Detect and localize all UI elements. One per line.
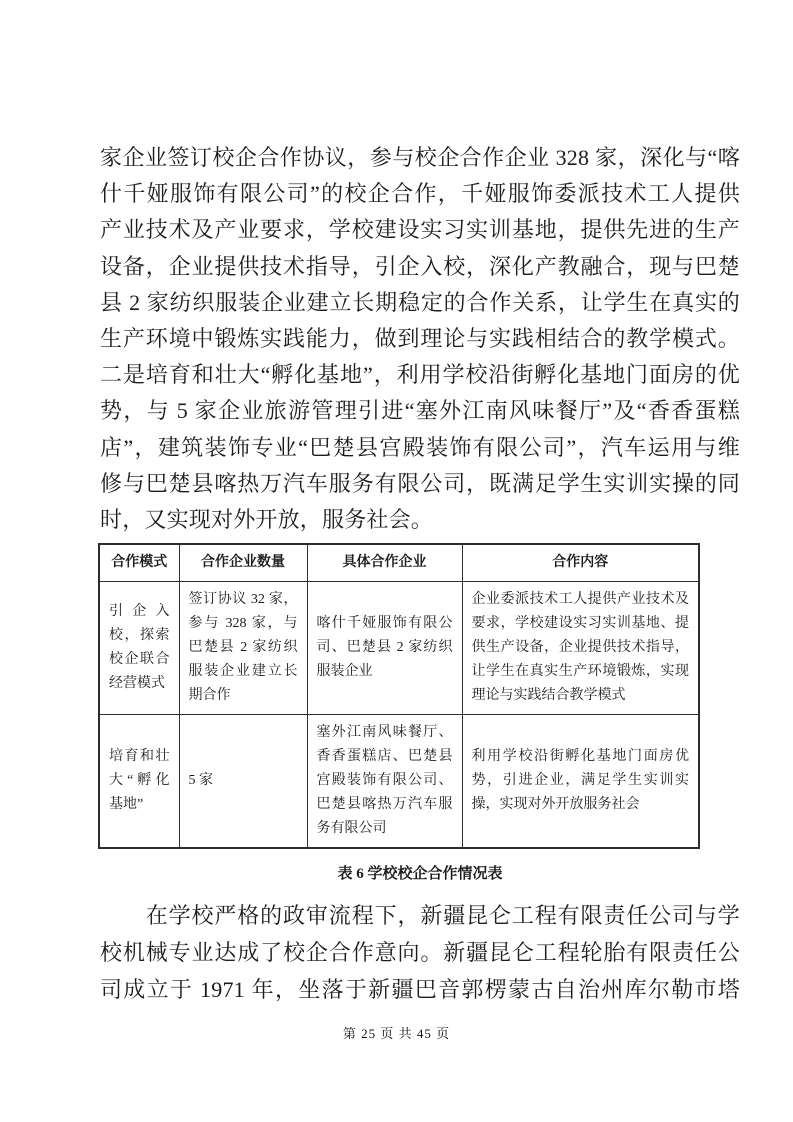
cooperation-table: 合作模式合作企业数量具体合作企业合作内容 引企入校，探索校企联合经营模式签订协议… (98, 543, 700, 849)
column-header: 合作企业数量 (179, 544, 307, 582)
body-text-line: 县 2 家纺织服装企业建立长期稳定的合作关系，让学生在真实的 (100, 285, 740, 321)
table-header-row: 合作模式合作企业数量具体合作企业合作内容 (99, 544, 699, 582)
body-text-line: 校机械专业达成了校企合作意向。新疆昆仑工程轮胎有限责任公 (100, 934, 740, 971)
table-row: 引企入校，探索校企联合经营模式签订协议 32 家，参与 328 家，与巴楚县 2… (99, 582, 699, 715)
body-text-line: 设备，企业提供技术指导，引企入校，深化产教融合，现与巴楚 (100, 249, 740, 285)
page-content: 家企业签订校企合作协议，参与校企合作企业 328 家，深化与“喀什千娅服饰有限公… (100, 140, 740, 1008)
table-row: 培育和壮大“孵化基地”5 家塞外江南风味餐厅、香香蛋糕店、巴楚县宫殿装饰有限公司… (99, 715, 699, 849)
body-paragraph-1: 家企业签订校企合作协议，参与校企合作企业 328 家，深化与“喀什千娅服饰有限公… (100, 140, 740, 538)
table-cell: 引企入校，探索校企联合经营模式 (99, 582, 179, 715)
column-header: 合作模式 (99, 544, 179, 582)
body-text-line: 家企业签订校企合作协议，参与校企合作企业 328 家，深化与“喀 (100, 140, 740, 176)
body-text-line: 生产环境中锻炼实践能力，做到理论与实践相结合的教学模式。 (100, 321, 740, 357)
table-cell: 签订协议 32 家，参与 328 家，与巴楚县 2 家纺织服装企业建立长期合作 (179, 582, 307, 715)
body-text-line: 二是培育和壮大“孵化基地”，利用学校沿街孵化基地门面房的优 (100, 357, 740, 393)
table-body: 引企入校，探索校企联合经营模式签订协议 32 家，参与 328 家，与巴楚县 2… (99, 582, 699, 849)
table-cell: 喀什千娅服饰有限公司、巴楚县 2 家纺织服装企业 (307, 582, 462, 715)
body-text-line: 司成立于 1971 年，坐落于新疆巴音郭楞蒙古自治州库尔勒市塔 (100, 971, 740, 1008)
table-cell: 塞外江南风味餐厅、香香蛋糕店、巴楚县宫殿装饰有限公司、巴楚县喀热万汽车服务有限公… (307, 715, 462, 849)
column-header: 合作内容 (462, 544, 699, 582)
table-cell: 企业委派技术工人提供产业技术及要求，学校建设实习实训基地、提供生产设备，企业提供… (462, 582, 699, 715)
table-caption: 表 6 学校校企合作情况表 (100, 863, 740, 885)
table-cell: 利用学校沿街孵化基地门面房优势，引进企业，满足学生实训实操，实现对外开放服务社会 (462, 715, 699, 849)
table-cell: 5 家 (179, 715, 307, 849)
body-text-line: 势，与 5 家企业旅游管理引进“塞外江南风味餐厅”及“香香蛋糕 (100, 393, 740, 429)
body-text-line: 在学校严格的政审流程下，新疆昆仑工程有限责任公司与学 (100, 897, 740, 934)
body-text-line: 时，又实现对外开放，服务社会。 (100, 502, 740, 538)
table-header-row: 合作模式合作企业数量具体合作企业合作内容 (99, 544, 699, 582)
body-text-line: 产业技术及产业要求，学校建设实习实训基地，提供先进的生产 (100, 212, 740, 248)
body-text-line: 店”，建筑装饰专业“巴楚县宫殿装饰有限公司”，汽车运用与维 (100, 430, 740, 466)
body-text-line: 什千娅服饰有限公司”的校企合作，千娅服饰委派技术工人提供 (100, 176, 740, 212)
column-header: 具体合作企业 (307, 544, 462, 582)
page-number-footer: 第 25 页 共 45 页 (0, 1023, 793, 1042)
body-text-line: 修与巴楚县喀热万汽车服务有限公司，既满足学生实训实操的同 (100, 466, 740, 502)
table-cell: 培育和壮大“孵化基地” (99, 715, 179, 849)
document-page: 家企业签订校企合作协议，参与校企合作企业 328 家，深化与“喀什千娅服饰有限公… (0, 0, 793, 1122)
body-paragraph-2: 在学校严格的政审流程下，新疆昆仑工程有限责任公司与学校机械专业达成了校企合作意向… (100, 897, 740, 1008)
